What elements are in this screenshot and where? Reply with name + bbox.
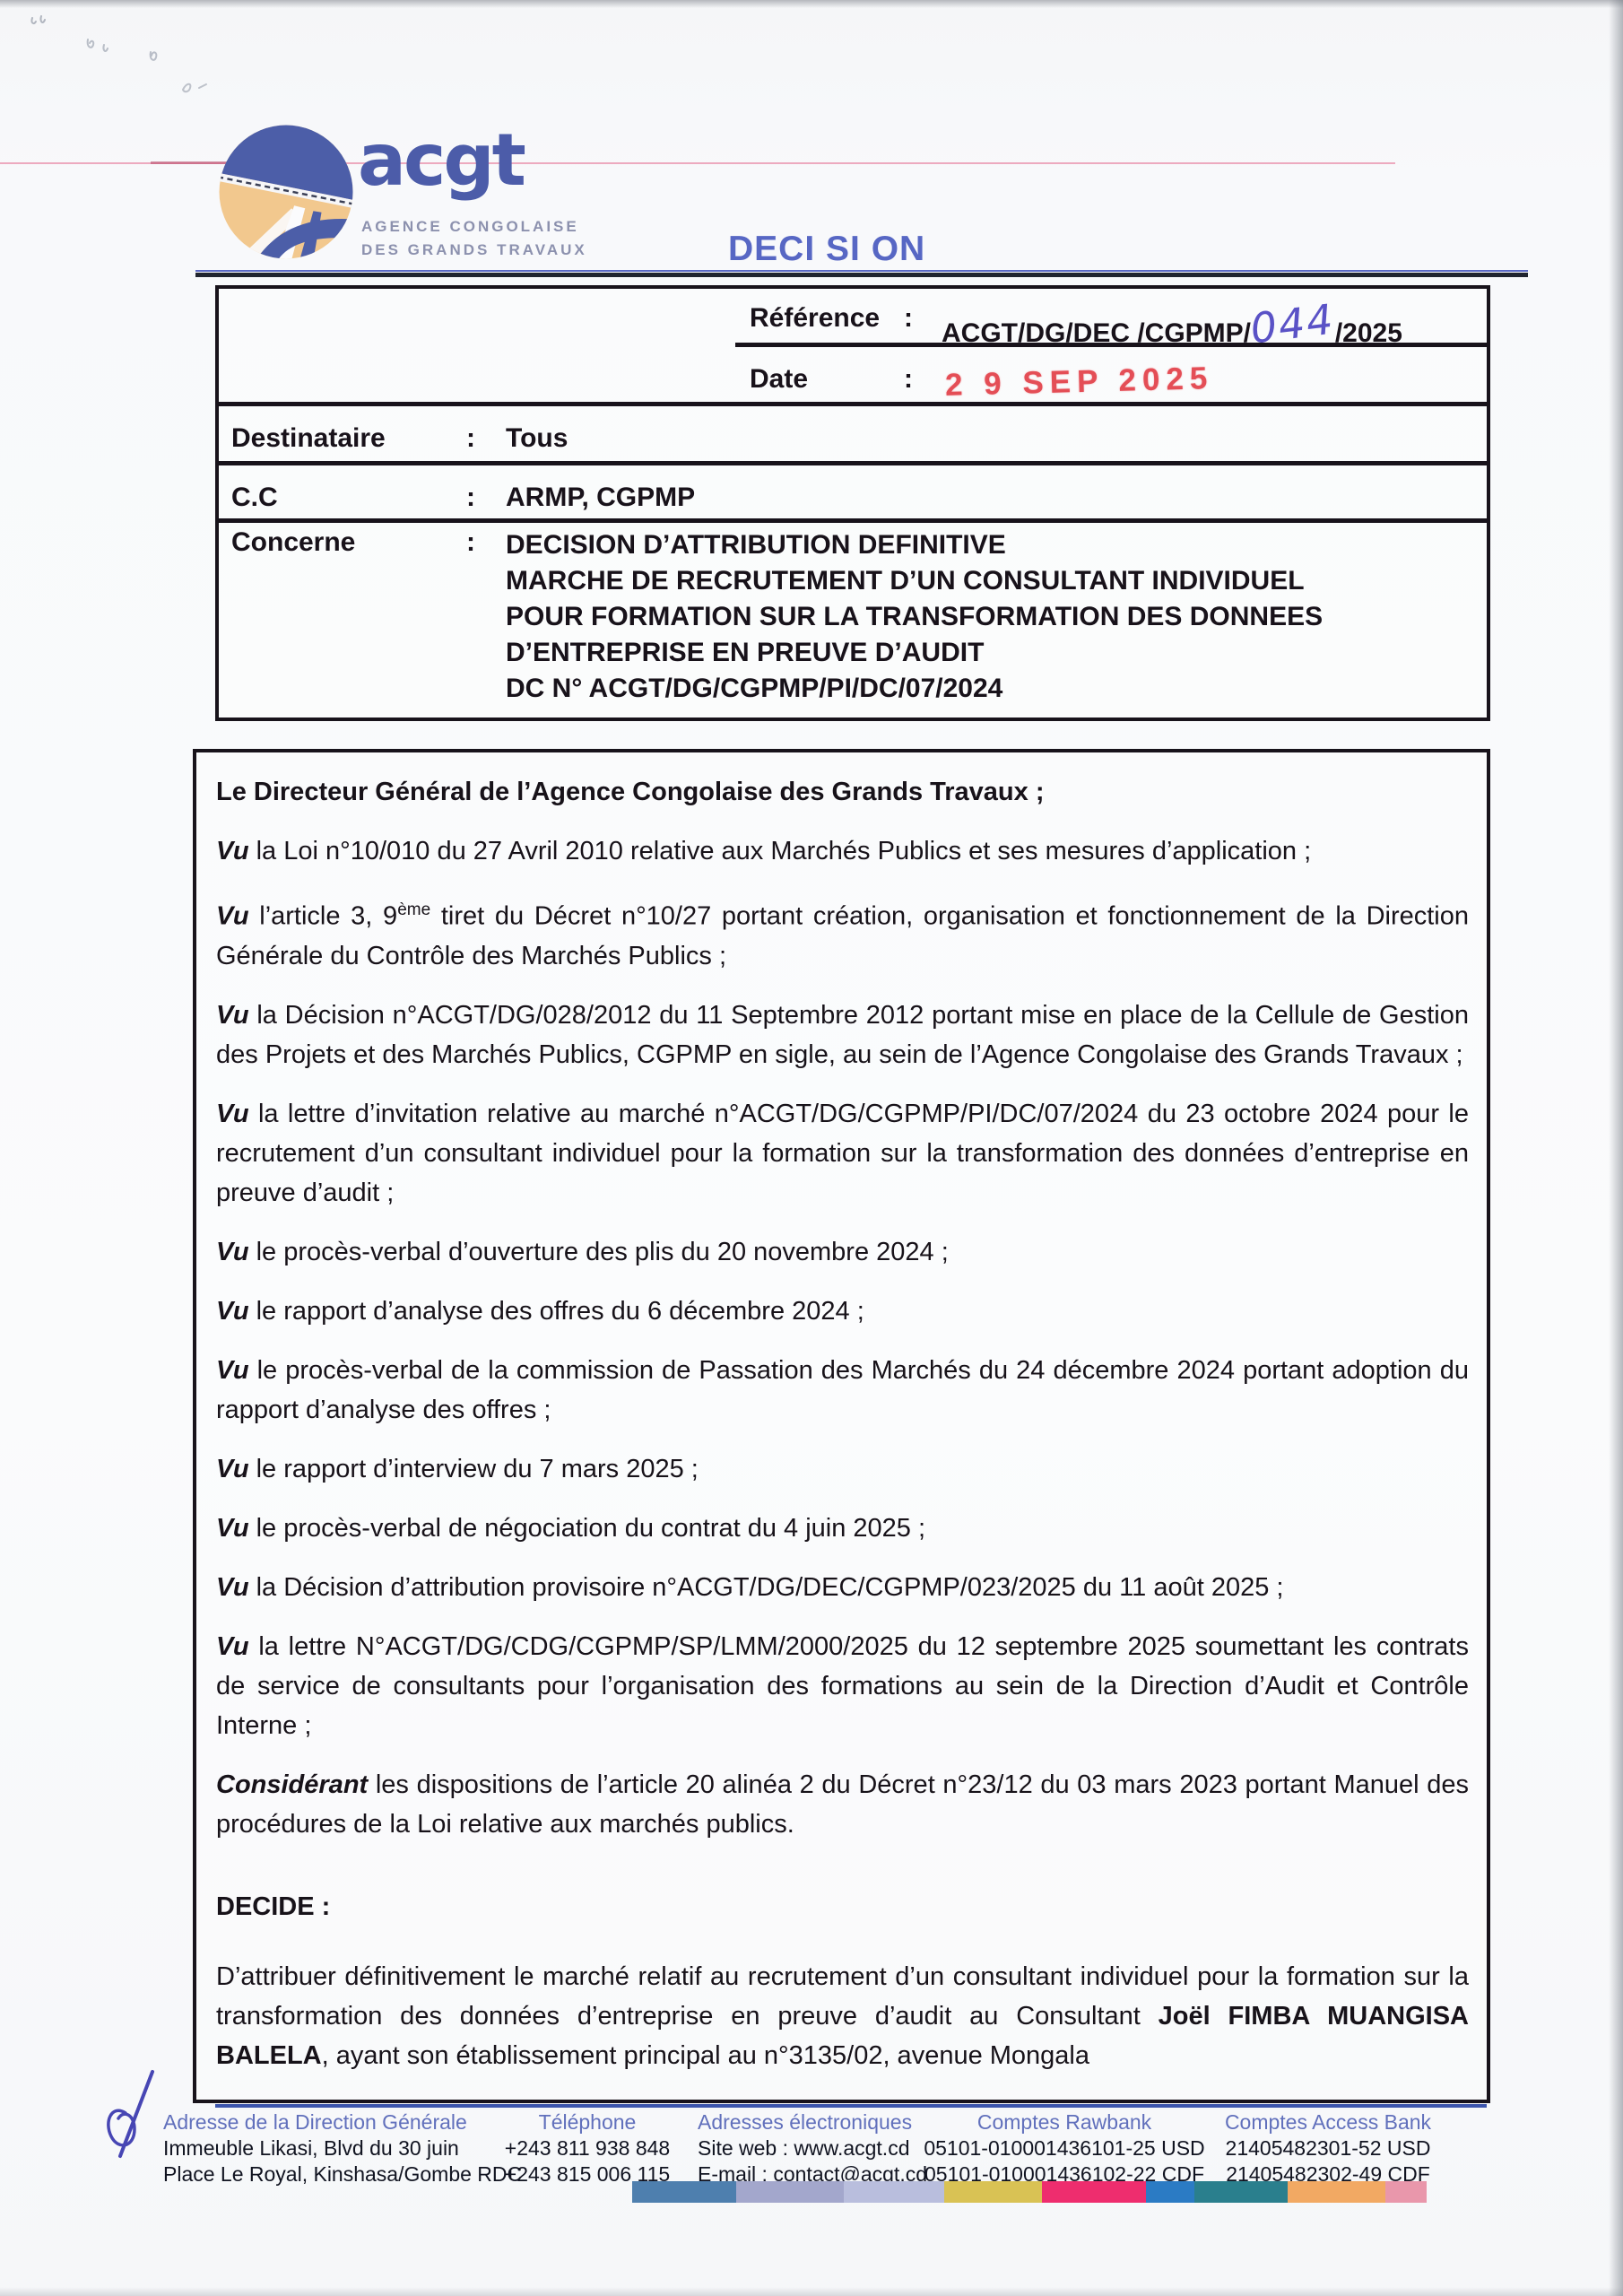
footer-website-line: Site web : www.acgt.cd: [698, 2135, 931, 2161]
footer-email-header: Adresses électroniques: [698, 2109, 931, 2135]
scan-edge-bottom: [0, 2287, 1623, 2296]
org-name: AGENCE CONGOLAISE DES GRANDS TRAVAUX: [361, 215, 587, 262]
vu-clause: Vu la Loi n°10/010 du 27 Avril 2010 rela…: [216, 831, 1469, 871]
vu-clause: Vu le procès-verbal de la commission de …: [216, 1351, 1469, 1430]
title-rule-blue: [195, 270, 1528, 272]
footer-accessbank-header: Comptes Access Bank: [1216, 2109, 1440, 2135]
destinataire-separator: :: [466, 423, 475, 454]
org-name-line1: AGENCE CONGOLAISE: [361, 215, 587, 239]
footer-rawbank-line: 05101-010001436101-25 USD: [916, 2135, 1212, 2161]
colorbar-segment: [1194, 2181, 1288, 2203]
decide-heading: DECIDE :: [216, 1887, 1469, 1926]
colorbar-segment: [1146, 2181, 1194, 2203]
org-name-line2: DES GRANDS TRAVAUX: [361, 239, 587, 262]
vu-clause: Vu le rapport d’analyse des offres du 6 …: [216, 1291, 1469, 1331]
footer-rawbank-column: Comptes Rawbank 05101-010001436101-25 US…: [916, 2109, 1212, 2187]
footer-phone-line: +243 811 938 848: [484, 2135, 690, 2161]
footer-rule: [215, 2104, 1487, 2108]
vu-clause: Vu la Décision n°ACGT/DG/028/2012 du 11 …: [216, 996, 1469, 1074]
colorbar-segment: [944, 2181, 1041, 2203]
vu-clause: Vu l’article 3, 9ème tiret du Décret n°1…: [216, 891, 1469, 976]
colorbar-segment: [1288, 2181, 1384, 2203]
concerne-separator: :: [466, 527, 475, 558]
decide-paragraph: D’attribuer définitivement le marché rel…: [216, 1957, 1469, 2075]
footer-phone-column: Téléphone +243 811 938 848 +243 815 006 …: [484, 2109, 690, 2187]
pen-mark: [176, 74, 215, 100]
destinataire-label: Destinataire: [231, 423, 386, 454]
colorbar-segment: [1385, 2181, 1427, 2203]
destinataire-value: Tous: [506, 423, 568, 454]
vu-clause: Vu la lettre N°ACGT/DG/CDG/CGPMP/SP/LMM/…: [216, 1627, 1469, 1745]
cc-label: C.C: [231, 483, 278, 513]
vu-clause: Vu le procès-verbal de négociation du co…: [216, 1509, 1469, 1548]
footer-accessbank-line: 21405482301-52 USD: [1216, 2135, 1440, 2161]
footer-address-line: Immeuble Likasi, Blvd du 30 juin: [163, 2135, 486, 2161]
colorbar-segment: [632, 2181, 736, 2203]
vu-clause: Vu le procès-verbal d’ouverture des plis…: [216, 1232, 1469, 1272]
pen-mark: [143, 43, 176, 74]
concerne-label: Concerne: [231, 527, 355, 558]
colorbar-segment: [844, 2181, 944, 2203]
concerne-line: DC N° ACGT/DG/CGPMP/PI/DC/07/2024: [506, 671, 1323, 707]
footer-rawbank-header: Comptes Rawbank: [916, 2109, 1212, 2135]
date-underline: [219, 402, 1487, 406]
footer-phone-header: Téléphone: [484, 2109, 690, 2135]
document-title: DECI SI ON: [728, 230, 925, 269]
destinataire-underline: [219, 461, 1487, 465]
footer-address-header: Adresse de la Direction Générale: [163, 2109, 486, 2135]
acgt-logo-text: acgt: [358, 118, 524, 202]
cc-underline: [219, 518, 1487, 523]
title-rule-dark: [195, 273, 1528, 277]
scanned-decision-document: acgt AGENCE CONGOLAISE DES GRANDS TRAVAU…: [0, 0, 1623, 2296]
pen-mark: [81, 32, 117, 65]
pen-mark: [27, 11, 54, 38]
cc-separator: :: [466, 483, 475, 513]
decision-body: Le Directeur Général de l’Agence Congola…: [193, 749, 1490, 2103]
footer-email-column: Adresses électroniques Site web : www.ac…: [698, 2109, 931, 2187]
concerne-line: D’ENTREPRISE EN PREUVE D’AUDIT: [506, 635, 1323, 671]
vu-clause: Vu le rapport d’interview du 7 mars 2025…: [216, 1449, 1469, 1489]
cc-value: ARMP, CGPMP: [506, 483, 695, 513]
reference-underline: [735, 343, 1487, 347]
footer-accessbank-column: Comptes Access Bank 21405482301-52 USD 2…: [1216, 2109, 1440, 2187]
acgt-logo-icon: [218, 122, 354, 262]
concerne-line: POUR FORMATION SUR LA TRANSFORMATION DES…: [506, 599, 1323, 635]
footer-colorbar: [632, 2181, 1427, 2203]
date-stamp: 2 9 SEP 2025: [945, 361, 1214, 404]
date-label: Date: [750, 364, 808, 395]
considerant-clause: Considérant les dispositions de l’articl…: [216, 1765, 1469, 1844]
colorbar-segment: [1042, 2181, 1146, 2203]
colorbar-segment: [736, 2181, 844, 2203]
concerne-value: DECISION D’ATTRIBUTION DEFINITIVE MARCHE…: [506, 527, 1323, 707]
reference-separator: :: [904, 303, 913, 334]
scan-edge-top: [0, 0, 1623, 8]
vu-clause: Vu la lettre d’invitation relative au ma…: [216, 1094, 1469, 1213]
vu-clause: Vu la Décision d’attribution provisoire …: [216, 1568, 1469, 1607]
footer-address-line: Place Le Royal, Kinshasa/Gombe RDC: [163, 2161, 486, 2187]
scan-edge-right: [1609, 0, 1623, 2296]
opening-line: Le Directeur Général de l’Agence Congola…: [216, 772, 1469, 812]
reference-label: Référence: [750, 303, 880, 334]
footer-address-column: Adresse de la Direction Générale Immeubl…: [163, 2109, 486, 2187]
meta-table: Référence : ACGT/DG/DEC /CGPMP/044/2025 …: [215, 285, 1490, 721]
concerne-line: DECISION D’ATTRIBUTION DEFINITIVE: [506, 527, 1323, 563]
concerne-line: MARCHE DE RECRUTEMENT D’UN CONSULTANT IN…: [506, 563, 1323, 599]
date-separator: :: [904, 364, 913, 395]
